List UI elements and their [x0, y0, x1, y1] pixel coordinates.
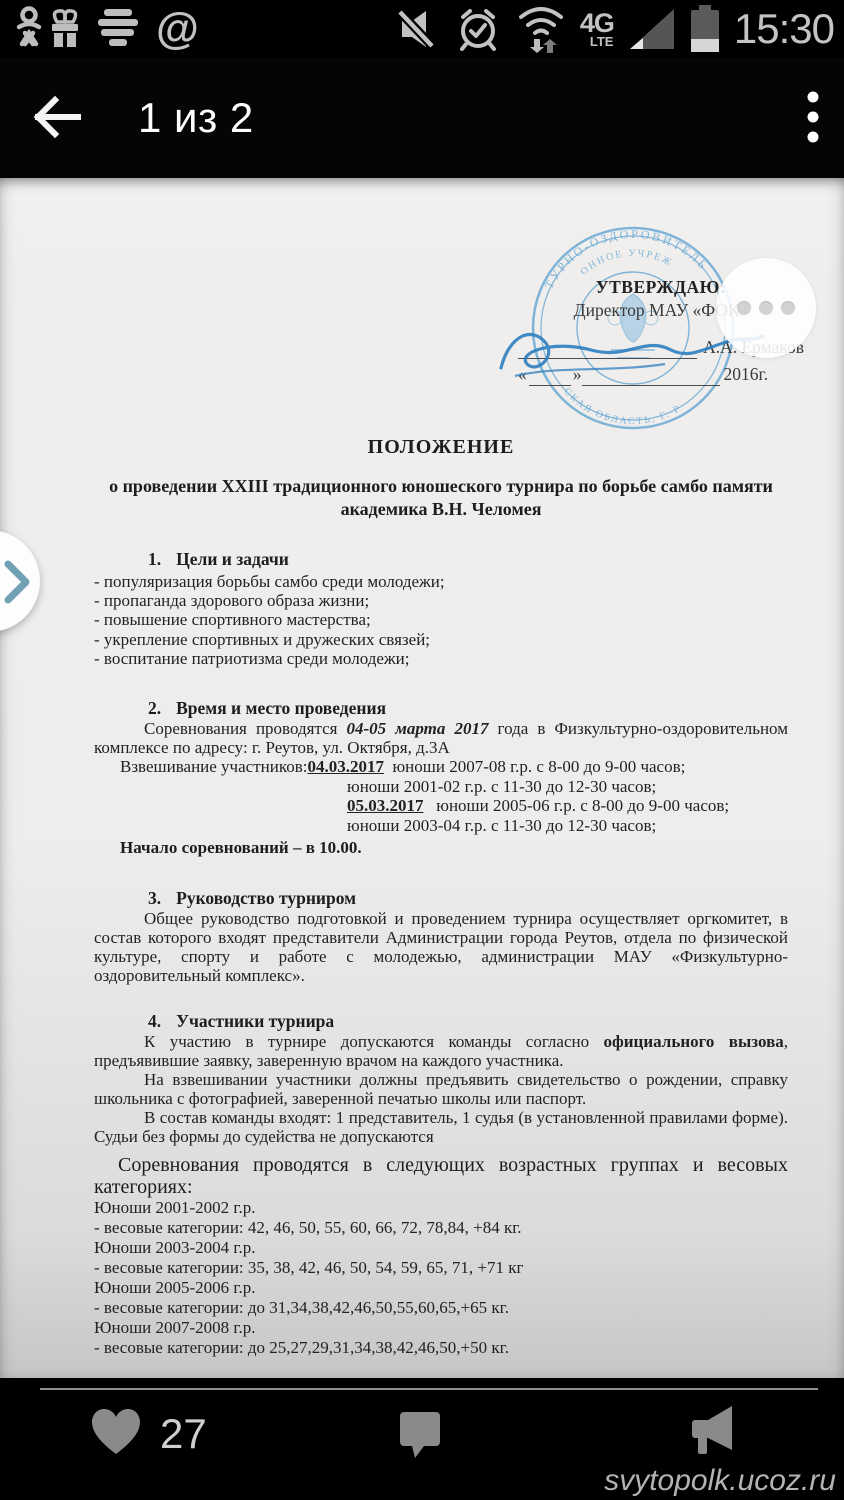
- section4-heading: 4.Участники турнира: [148, 1011, 788, 1032]
- section3-paragraph: Общее руководство подготовкой и проведен…: [94, 909, 788, 985]
- status-bar: @: [0, 0, 844, 58]
- group-weights: - весовые категории: 35, 38, 42, 46, 50,…: [94, 1258, 788, 1278]
- section4-paragraph1: К участию в турнире допускаются команды …: [94, 1032, 788, 1070]
- mute-icon: [394, 6, 440, 52]
- chevron-right-icon: [0, 558, 34, 606]
- group-name: Юноши 2001-2002 г.р.: [94, 1198, 788, 1218]
- like-count: 27: [160, 1410, 207, 1458]
- dot-icon: [737, 301, 751, 315]
- dot-icon: [759, 301, 773, 315]
- app-header: 1 из 2: [0, 58, 844, 178]
- divider: [40, 1388, 818, 1390]
- document-page-view[interactable]: ТУРНО-ОЗДОРОВИТЕЛЬ ОННОЕ УЧРЕЖ СКАЯ ОБЛА…: [0, 178, 844, 1378]
- group-weights: - весовые категории: до 25,27,29,31,34,3…: [94, 1338, 788, 1358]
- group-weights: - весовые категории: до 31,34,38,42,46,5…: [94, 1298, 788, 1318]
- status-bar-notifications: @: [6, 6, 199, 52]
- list-item: - популяризация борьбы самбо среди молод…: [94, 572, 788, 591]
- section2-heading: 2.Время и место проведения: [148, 698, 788, 719]
- section2-paragraph: Соревнования проводятся 04-05 марта 2017…: [94, 719, 788, 757]
- page-indicator: 1 из 2: [138, 94, 254, 142]
- overflow-menu-button[interactable]: [806, 89, 820, 148]
- age-groups-intro: Соревнования проводятся в следующих возр…: [94, 1154, 788, 1198]
- megaphone-icon: [688, 1444, 738, 1459]
- share-megaphone-button[interactable]: [688, 1404, 738, 1459]
- feed-bars-icon: [96, 7, 142, 51]
- section4-paragraph3: В состав команды входят: 1 представитель…: [94, 1108, 788, 1146]
- floating-actions-button[interactable]: [716, 258, 816, 358]
- mailru-at-icon: @: [156, 7, 199, 51]
- list-item: - повышение спортивного мастерства;: [94, 610, 788, 629]
- network-tech-label: 4G: [580, 10, 614, 37]
- doc-subtitle-line1: о проведении XXIII традиционного юношеск…: [94, 475, 788, 498]
- network-sub-label: LTE: [590, 35, 614, 48]
- group-name: Юноши 2003-2004 г.р.: [94, 1238, 788, 1258]
- doc-title: ПОЛОЖЕНИЕ: [94, 436, 788, 459]
- group-weights: - весовые категории: 42, 46, 50, 55, 60,…: [94, 1218, 788, 1238]
- clock-time: 15:30: [734, 5, 838, 53]
- document-text: ПОЛОЖЕНИЕ о проведении XXIII традиционно…: [0, 178, 844, 1378]
- status-bar-system: 4G LTE 15:30: [394, 5, 838, 53]
- comment-button[interactable]: [398, 1410, 442, 1461]
- group-name: Юноши 2005-2006 г.р.: [94, 1278, 788, 1298]
- group-name: Юноши 2007-2008 г.р.: [94, 1318, 788, 1338]
- list-item: - пропаганда здорового образа жизни;: [94, 591, 788, 610]
- doc-subtitle-line2: академика В.Н. Челомея: [94, 498, 788, 521]
- battery-icon: [690, 5, 720, 53]
- goals-list: - популяризация борьбы самбо среди молод…: [94, 572, 788, 668]
- age-groups-list: Юноши 2001-2002 г.р. - весовые категории…: [94, 1198, 788, 1358]
- start-time-note: Начало соревнований – в 10.00.: [120, 838, 788, 858]
- list-item: - воспитание патриотизма среди молодежи;: [94, 649, 788, 668]
- section3-heading: 3.Руководство турниром: [148, 888, 788, 909]
- list-item: - укрепление спортивных и дружеских связ…: [94, 630, 788, 649]
- bottom-action-bar: 27 svytopolk.ucoz.ru: [0, 1378, 844, 1500]
- network-type-indicator: 4G LTE: [580, 10, 614, 48]
- watermark: svytopolk.ucoz.ru: [604, 1464, 836, 1498]
- comment-bubble-icon: [398, 1446, 442, 1461]
- wifi-transfer-icon: [516, 5, 566, 53]
- section4-paragraph2: На взвешивании участники должны предъяви…: [94, 1070, 788, 1108]
- screen: @: [0, 0, 844, 1500]
- signal-strength-icon: [628, 7, 676, 51]
- weighin-row: Взвешивание участников:04.03.2017 юноши …: [94, 757, 788, 777]
- doc-subtitle: о проведении XXIII традиционного юношеск…: [94, 475, 788, 521]
- weighin-row: юноши 2001-02 г.р. с 11-30 до 12-30 часо…: [347, 777, 788, 797]
- like-button[interactable]: [90, 1408, 142, 1459]
- three-dots-vertical-icon: [806, 133, 820, 148]
- alarm-icon: [454, 6, 502, 52]
- back-button[interactable]: [30, 95, 82, 142]
- dot-icon: [781, 301, 795, 315]
- weighin-row: 05.03.2017 юноши 2005-06 г.р. с 8-00 до …: [347, 796, 788, 816]
- back-arrow-icon: [30, 127, 82, 142]
- heart-icon: [90, 1444, 142, 1459]
- section1-heading: 1.Цели и задачи: [148, 549, 788, 570]
- odnoklassniki-gift-icon: [16, 6, 82, 52]
- weighin-row: юноши 2003-04 г.р. с 11-30 до 12-30 часо…: [347, 816, 788, 836]
